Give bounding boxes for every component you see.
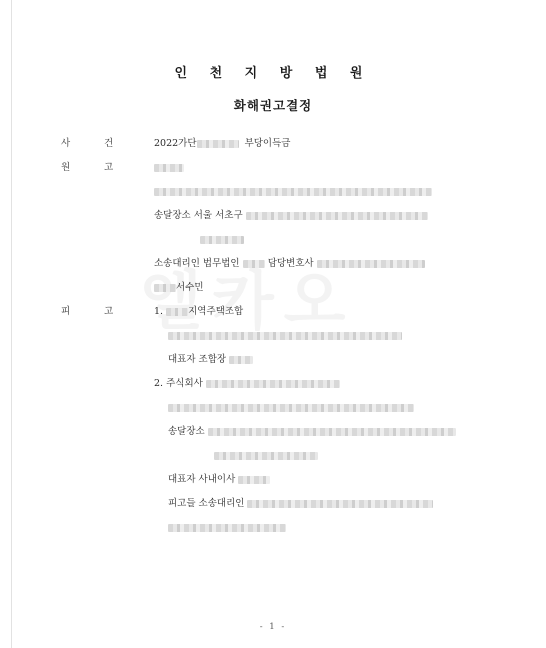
defendant-label-1: 피 <box>61 306 70 318</box>
redacted-delivery-address <box>246 212 428 220</box>
redacted-attorney-names <box>317 260 425 268</box>
plaintiff-delivery-row: 송달장소 서울 서초구 <box>154 210 428 222</box>
defendant-2-prefix: 2. <box>154 378 163 389</box>
plaintiff-representative-row: 소송대리인 법무법인 담당변호사 <box>154 258 425 270</box>
plaintiff-address-row <box>154 186 432 198</box>
document-title: 화해권고결정 <box>0 96 546 114</box>
plaintiff-delivery-continued-row <box>200 234 244 246</box>
defendants-counsel-continued-row <box>168 522 286 534</box>
redacted-defendants-counsel <box>247 500 433 508</box>
plaintiff-label-2: 고 <box>104 162 113 174</box>
attorney-name-suffix: 서수민 <box>176 282 204 293</box>
redacted-defendants-counsel-2 <box>168 524 286 532</box>
case-label-1: 사 <box>61 138 70 150</box>
defendant-2-delivery-continued-row <box>214 450 318 462</box>
redacted-defendant-2-delivery-2 <box>214 452 318 460</box>
case-label-2: 건 <box>104 138 113 150</box>
page-number: - 1 - <box>0 622 546 632</box>
redacted-plaintiff-address <box>154 188 432 196</box>
redacted-defendant-2-rep <box>238 476 270 484</box>
redacted-delivery-address-2 <box>200 236 244 244</box>
case-number-prefix: 2022가단 <box>154 138 197 149</box>
defendant-1-prefix: 1. <box>154 306 163 317</box>
redacted-defendant-1-rep <box>229 356 253 364</box>
redacted-defendant-2-name <box>206 380 340 388</box>
defendant-1-rep-label: 대표자 조합장 <box>168 354 226 365</box>
defendant-2-delivery-label: 송달장소 <box>168 426 205 437</box>
redacted-defendant-2-delivery <box>208 428 456 436</box>
redacted-case-number <box>197 140 239 148</box>
redacted-plaintiff-name <box>154 164 184 172</box>
redacted-defendant-1-address <box>168 332 402 340</box>
defendant-2-address-row <box>168 402 414 414</box>
plaintiff-delivery-label: 송달장소 서울 서초구 <box>154 210 243 221</box>
defendant-2-rep-label: 대표자 사내이사 <box>168 474 235 485</box>
defendant-1-address-row <box>168 330 402 342</box>
defendant-1-representative-row: 대표자 조합장 <box>168 354 253 366</box>
redacted-law-firm <box>243 260 265 268</box>
redacted-defendant-2-address <box>168 404 414 412</box>
defendant-2-row: 2. 주식회사 <box>154 378 340 390</box>
defendant-1-name: 지역주택조합 <box>188 306 243 317</box>
redacted-attorney-name <box>154 284 176 292</box>
defendant-2-representative-row: 대표자 사내이사 <box>168 474 270 486</box>
defendant-label-2: 고 <box>104 306 113 318</box>
court-name: 인 천 지 방 법 원 <box>0 62 546 81</box>
redacted-defendant-1-region <box>166 308 188 316</box>
defendants-counsel-label: 피고들 소송대리인 <box>168 498 244 509</box>
defendants-counsel-row: 피고들 소송대리인 <box>168 498 433 510</box>
defendant-2-delivery-row: 송달장소 <box>168 426 456 438</box>
plaintiff-attorney-continued-row: 서수민 <box>154 282 204 294</box>
case-number: 2022가단 부당이득금 <box>154 138 290 150</box>
representative-label: 소송대리인 법무법인 <box>154 258 240 269</box>
defendant-2-name: 주식회사 <box>166 378 203 389</box>
attorney-label: 담당변호사 <box>268 258 314 269</box>
plaintiff-label-1: 원 <box>61 162 70 174</box>
case-name: 부당이득금 <box>245 138 291 149</box>
